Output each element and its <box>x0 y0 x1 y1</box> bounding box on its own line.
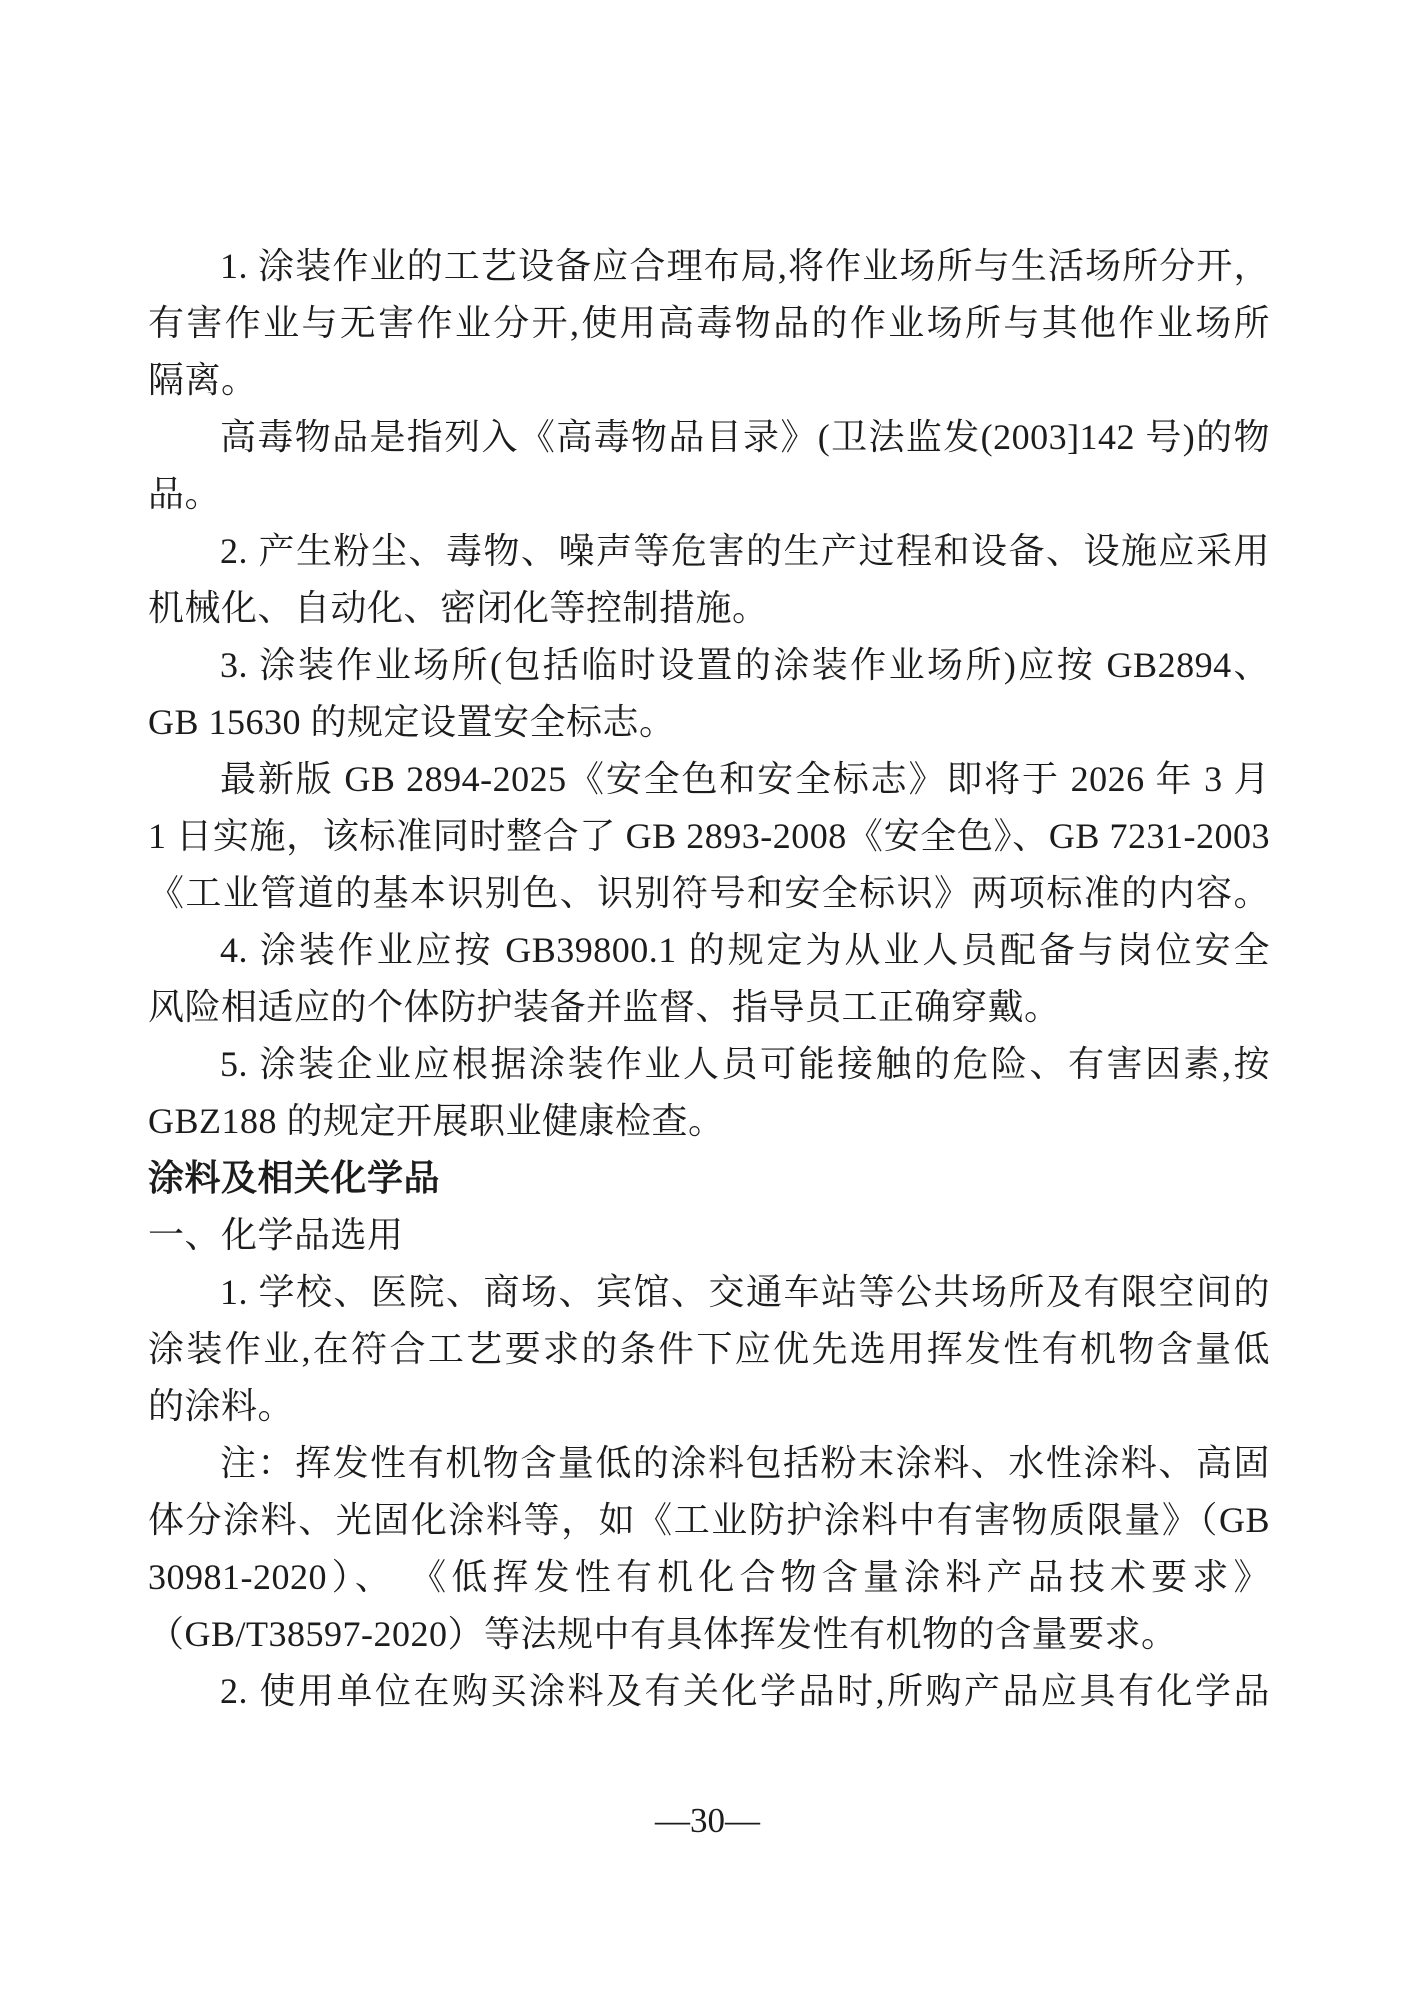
text-block: 1. 涂装作业的工艺设备应合理布局,将作业场所与生活场所分开， 有害作业与无害作… <box>148 238 1270 1720</box>
text-line: 30981-2020）、 《低挥发性有机化合物含量涂料产品技术要求》 <box>148 1549 1270 1606</box>
text-line: 3. 涂装作业场所(包括临时设置的涂装作业场所)应按 GB2894、 <box>148 637 1270 694</box>
text-line: 风险相适应的个体防护装备并监督、指导员工正确穿戴。 <box>148 979 1270 1036</box>
text-line: GB 15630 的规定设置安全标志。 <box>148 694 1270 751</box>
text-line: 有害作业与无害作业分开,使用高毒物品的作业场所与其他作业场所 <box>148 295 1270 352</box>
text-line: 1. 涂装作业的工艺设备应合理布局,将作业场所与生活场所分开， <box>148 238 1270 295</box>
text-line: 2. 使用单位在购买涂料及有关化学品时,所购产品应具有化学品 <box>148 1663 1270 1720</box>
text-line: 1. 学校、医院、商场、宾馆、交通车站等公共场所及有限空间的 <box>148 1264 1270 1321</box>
section-heading: 涂料及相关化学品 <box>148 1150 1270 1207</box>
text-line: （GB/T38597-2020）等法规中有具体挥发性有机物的含量要求。 <box>148 1606 1270 1663</box>
text-line: 机械化、自动化、密闭化等控制措施。 <box>148 580 1270 637</box>
text-line: 涂装作业,在符合工艺要求的条件下应优先选用挥发性有机物含量低 <box>148 1321 1270 1378</box>
text-line: 的涂料。 <box>148 1378 1270 1435</box>
text-line: 高毒物品是指列入《高毒物品目录》(卫法监发(2003]142 号)的物 <box>148 409 1270 466</box>
text-line: 最新版 GB 2894-2025《安全色和安全标志》即将于 2026 年 3 月 <box>148 751 1270 808</box>
text-line: 4. 涂装作业应按 GB39800.1 的规定为从业人员配备与岗位安全 <box>148 922 1270 979</box>
text-line: 5. 涂装企业应根据涂装作业人员可能接触的危险、有害因素,按 <box>148 1036 1270 1093</box>
text-line: 2. 产生粉尘、毒物、噪声等危害的生产过程和设备、设施应采用 <box>148 523 1270 580</box>
subsection-title: 一、化学品选用 <box>148 1207 1270 1264</box>
page-number: —30— <box>0 1796 1415 1846</box>
text-line: 品。 <box>148 466 1270 523</box>
text-line: 1 日实施，该标准同时整合了 GB 2893-2008《安全色》、GB 7231… <box>148 808 1270 865</box>
text-line: 《工业管道的基本识别色、识别符号和安全标识》两项标准的内容。 <box>148 865 1270 922</box>
text-line: 体分涂料、光固化涂料等，如《工业防护涂料中有害物质限量》（GB <box>148 1492 1270 1549</box>
text-line: 注：挥发性有机物含量低的涂料包括粉末涂料、水性涂料、高固 <box>148 1435 1270 1492</box>
document-page: 1. 涂装作业的工艺设备应合理布局,将作业场所与生活场所分开， 有害作业与无害作… <box>0 0 1415 2000</box>
text-line: 隔离。 <box>148 352 1270 409</box>
text-line: GBZ188 的规定开展职业健康检查。 <box>148 1093 1270 1150</box>
